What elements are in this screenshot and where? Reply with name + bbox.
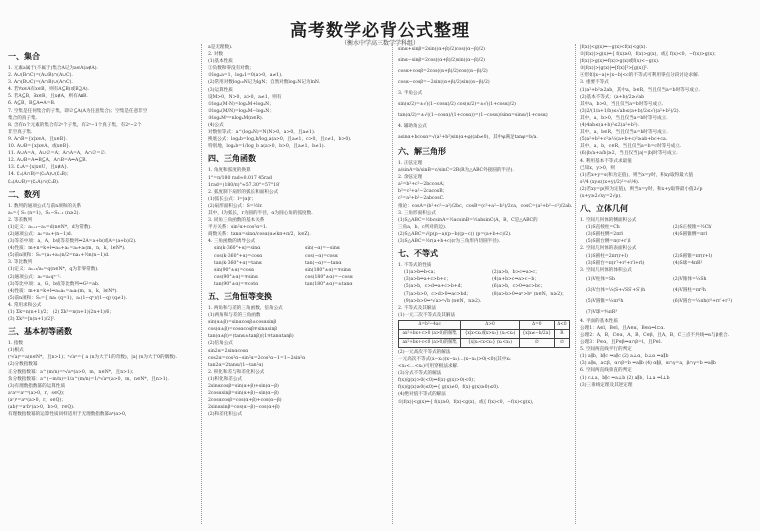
logarithm-lines: (1)基本性质 ①负数和零没有对数； ②logₐa=1，logₐ1=0(a>0，… [208,58,390,150]
formula-cell: tan(−α)=−tanα [299,260,390,267]
formula-line: 3. 半角公式 [398,88,574,99]
formula-line: (1)两角和与差的三角函数 [208,312,390,319]
table-cell: {x|x₁<x<x₂} (x₁<x₂) [461,338,519,347]
formula-line: 3. A∩(B∪C)=(A∩B)∪(A∩C). [8,79,196,86]
formula-line: tan(α/2)=±√((1−cosα)/(1+cosα))=(1−cosα)/… [398,110,574,121]
formula-line: ①|f(x)|<g(x)⇔{ f(x)≥0，f(x)<g(x)，或{ f(x)<… [398,399,574,406]
formula-line: a是无理数). [208,44,390,51]
formula-line: 4. 利用基本不等式求最值 [580,158,754,165]
section-heading-solid-geometry: 八、立体几何 [580,203,754,215]
formula-line: 14. ∁ᵤ(A∩B)=(∁ᵤA)∪(∁ᵤB)； [8,171,196,178]
volume-title: 3. 空间几何体的体积公式 [580,267,754,274]
formula-line: 3. 同角三角函数的基本关系 [208,217,390,224]
formula-line: 2. 余弦定理 [398,174,574,181]
formula-line: 1°=π/180 rad≈0.017 45rad [208,175,390,182]
formula-line: 8. 含有n个元素的集合有2ⁿ个子集，有2ⁿ−1个真子集，有2ⁿ−2个 [8,122,196,129]
formula-line: 设M>0，N>0，a>0，a≠1，则有 [208,94,390,101]
absolute-value-lines: |f(x)|<g(x)⇔−g(x)<f(x)<g(x). ②|f(x)|>g(x… [580,44,754,79]
formula-line: 换底公式：logₐb=log꜀b/log꜀a(a>0，且a≠1，c>0，且c≠1… [208,136,390,143]
formula-line: 2. 积化和差与和差化积公式 [208,369,390,376]
formula-line: 其中，l为弧长，r为圆的半径，α为圆心角的弧度数. [208,210,390,217]
formula-line: sin(α/2)=±√((1−cosα)/2) cos(α/2)=±√((1+c… [398,99,574,110]
formula-line: 特别地，logₐb=1/log_b a(a>0，b>0，且a≠1，b≠1). [208,143,390,150]
formula-line: 1. 不等式的性质 [398,262,574,269]
formula-line: (3) Σk³=[n(n+1)/2]². [8,316,196,323]
formula-cell: (9)a>b>0⇒ⁿ√a>ⁿ√b (n∈N，n≥2). [398,298,486,305]
formula-cell: (6)a>b，c>0⇒ac>bc； [486,283,574,290]
section-heading-sets: 一、集合 [8,51,196,63]
formula-line: ②logₐa=1，logₐ1=0(a>0，a≠1). [208,72,390,79]
formula-line: (3)运算性质 [208,87,390,94]
formula-cell: (1)V柱体=Sh [580,274,667,285]
formula-line: ①负数和零没有对数； [208,65,390,72]
formula-cell: tan(90°±α)=∓cotα [208,281,299,288]
formula-line: ∁ᵤ(A∪B)=(∁ᵤA)∩(∁ᵤB). [8,179,196,186]
lateral-area-grid: (1)S直棱柱=Ch(2)S正棱锥=½Ch′(3)S圆柱侧=2πrl(4)S圆锥… [580,224,754,245]
formula-cell: (3)S圆柱侧=2πrl [580,231,667,238]
formula-line: 12. A∪B=A⇔B⊆A，A∩B=A⇔A⊆B. [8,157,196,164]
column-divider [201,44,202,524]
formula-line: 2cosαsinβ=sin(α+β)−sin(α−β) [208,390,390,397]
formula-line: sinα−sinβ=2cos((α+β)/2)sin((α−β)/2) [398,55,574,66]
formula-line: 其中，a，b∈R，当且仅当a=b时等号成立. [580,129,754,136]
formula-line: ③|f(x)|>|g(x)|⇔[f(x)]²>[g(x)]². [580,65,754,72]
formula-line: ④形如|x−a|+|x−b|<c的不等式可利用零点分段讨论求解. [580,72,754,79]
column-2: a是无理数).2. 对数 (1)基本性质 ①负数和零没有对数； ②logₐa=1… [208,44,390,419]
formula-line: (4)性质：m+n=k+l⇒aₘaₙ=aₖaₗ(m，n，k，l∈N*). [8,288,196,295]
formula-line: (2)S△ABC=√(p(p−a)(p−b)(p−c)) (p=(a+b+c)/… [398,231,574,238]
formula-cell: (4)a+b>c⇒a>c−b； [486,276,574,283]
lateral-area-title: 1. 空间几何体的侧面积公式 [580,217,754,224]
formula-line: (3) a∥α，a⊂β，α∩β=b ⇒a∥b (4) α∥β，α∩γ=a，β∩γ… [580,360,754,367]
formula-line: (1)定义：aₙ₊₁−aₙ=d(n∈N*，d为常数). [8,224,196,231]
table-cell: ax²+bx+c>0 (a>0)的解集 [399,329,461,338]
section-heading-elementary-functions: 三、基本初等函数 [8,326,196,338]
formula-line: 集合的真子集. [8,115,196,122]
formula-line: 1. 两角和与差的三角函数、倍角公式 [208,305,390,312]
surface-area-grid: (1)S圆柱=2πr(r+l)(2)S圆锥=πr(r+l)(3)S圆台=π(r′… [580,253,754,267]
formula-line: 公理2：A，B，C∈α，A，B，C∈β，且A，B，C三点不共线⇒α与β重合. [580,332,754,339]
formula-row: (5)a>b，c>d⇒a+c>b+d；(6)a>b，c>0⇒ac>bc； [398,283,574,290]
formula-line: 1rad=(180/π)°≈57.30°=57°18′ [208,182,390,189]
table-header-cell: Δ<0 [554,320,569,329]
formula-row: (1)a>b⇔b<a；(2)a>b，b>c⇒a>c； [398,269,574,276]
formula-line: (1) c⊥a，b∥c ⇒a⊥b (2) a∥b，l⊥a ⇒l⊥b [580,375,754,382]
formula-line: 2sinαcosβ=sin(α+β)+sin(α−β) [208,383,390,390]
identity-lines: 1. 两角和与差的三角函数、倍角公式 (1)两角和与差的三角函数 sin(α±β… [208,305,390,419]
formula-line: 3. 等比数列 [8,259,196,266]
formula-line: (1)基本性质 [208,58,390,65]
formula-cell [667,307,754,318]
formula-cell: (2)S正棱锥=½Ch′ [667,224,754,231]
formula-line: (ⁿ√a)ⁿ=a(n∈N*，且n>1)；ⁿ√aⁿ={ a (n为大于1的奇数)，… [8,354,196,361]
col2-intro-lines: a是无理数).2. 对数 [208,44,390,58]
formula-line: (2)基本不等式：(a+b)/2≥√ab [580,94,754,101]
formula-line: 商数关系：tanα=sinα/cosα(α≠kπ+π/2，k∈Z). [208,231,390,238]
formula-line: sinα+sinβ=2sin((α+β)/2)cos((α−β)/2) [398,44,574,55]
column-4: |f(x)|<g(x)⇔−g(x)<f(x)<g(x). ②|f(x)|>g(x… [580,44,754,389]
formula-line: 正分数指数幂：a^(m/n)=ⁿ√aᵐ(a>0，m，n∈N*，且n>1)； [8,369,196,376]
formula-row: (5)S圆台侧=π(r+r′)l [580,238,754,245]
formula-line: <x₂<…<xₙ)可用穿根法求解. [398,363,574,370]
formula-row: (1)S圆柱=2πr(r+l)(2)S圆锥=πr(r+l) [580,253,754,260]
formula-row: tan(90°±α)=∓cotαtan(180°±α)=±tanα [208,281,390,288]
formula-line: (1) a∥b，b∥c ⇒a∥c (2) a⊥α，b⊥α ⇒a∥b [580,353,754,360]
formula-row: sin(k·360°+α)=sinαsin(−α)=−sinα [208,245,390,252]
table-row: ax²+bx+c<0 (a>0)的解集 {x|x₁<x<x₂} (x₁<x₂) … [399,338,570,347]
formula-line: cosα+cosβ=2cos((α+β)/2)cos((α−β)/2) [398,66,574,77]
formula-line: (3)有理数指数幂的运算性质 [8,383,196,390]
formula-line: 对数恒等式：a^(logₐN)=N(N>0，a>0，且a≠1). [208,129,390,136]
half-angle-lines: 3. 半角公式 sin(α/2)=±√((1−cosα)/2) cos(α/2)… [398,88,574,143]
formula-cell: (2)a>b，b>c⇒a>c； [486,269,574,276]
formula-line: (4)绝对值不等式的解法 [398,391,574,398]
inequality-properties-grid: (1)a>b⇔b<a；(2)a>b，b>c⇒a>c；(3)a>b⇔a+c>b+c… [398,269,574,304]
formula-cell: (6)V圆台=⅓πh(r²+rr′+r′²) [667,296,754,307]
formula-line: cos2α=cos²α−sin²α=2cos²α−1=1−2sin²α [208,355,390,362]
surface-area-title: 2. 空间几何体的表面积公式 [580,245,754,252]
formula-row: (7)a>b>0，c>d>0⇒ac>bd；(8)a>b>0⇒aⁿ>bⁿ (n∈N… [398,291,574,298]
formula-line: 11. A∪A=A，A∪∅=A；A∩A=A，A∩∅=∅. [8,150,196,157]
formula-line: 2. 等差数列 [8,217,196,224]
inequality-methods-lines: (2)一元高次不等式的解法 一元高次不等式(x−x₁)(x−x₂)…(x−xₙ)… [398,349,574,406]
formula-line: (aʳ)ˢ=aʳˢ(a>0，r，s∈Q)； [8,397,196,404]
formula-line: (2)常用对数log₁₀N记为lgN；自然对数logₑN记为lnN. [208,79,390,86]
plane-and-line-lines: 4. 平面的基本性质 公理1：A∈l，B∈l，且A∈α，B∈α⇒l⊂α. 公理2… [580,318,754,389]
formula-row: (3)V台体=⅓(S+√SS′+S′)h(4)V圆柱=πr²h [580,285,754,296]
formula-line: (1)弧长公式：l=|α|r； [208,196,390,203]
formula-cell: (1)a>b⇔b<a； [398,269,486,276]
formula-cell: sin(90°±α)=cosα [208,267,299,274]
formula-cell: cos(90°±α)=∓sinα [208,274,299,281]
formula-row: (1)V柱体=Sh(2)V锥体=⅓Sh [580,274,754,285]
formula-line: ①logₐ(M·N)=logₐM+logₐN； [208,101,390,108]
formula-line: 平方关系：sin²α+cos²α=1. [208,224,390,231]
formula-line: 7. 空集是任何集合的子集，即∅⊆A(A为任意集合)；空集是任意非空 [8,108,196,115]
formula-row: cos(90°±α)=∓sinαcos(180°±α)=−cosα [208,274,390,281]
formula-line: (1)若x+y=s(和为定值)，则当x=y时，积xy取得最大值 [580,172,754,179]
formula-row: tan(k·360°+α)=tanαtan(−α)=−tanα [208,260,390,267]
formula-line: sin2α=2sinαcosα [208,348,390,355]
formula-line: (3)三垂线定理及其逆定理 [580,382,754,389]
formula-line: 有理数指数幂的运算性质同样适用于无理数指数幂aᵃ(a>0， [8,411,196,418]
formula-line: (5)a²+b²+c²≥⅓(a+b+c)²≥ab+bc+ca. [580,136,754,143]
formula-line: 5. 若A⊆B，∃x∈B，且x∉A，则有A⫋B. [8,93,196,100]
triangle-lines: 1. 正弦定理 a/sinA=b/sinB=c/sinC=2R(R为△ABC外接… [398,160,574,245]
formula-cell: (1)S直棱柱=Ch [580,224,667,231]
formula-line: cos(α±β)=cosαcosβ∓sinαsinβ [208,326,390,333]
formula-line: tan2α=2tanα/(1−tan²α) [208,362,390,369]
formula-line: (3)等比中项：a，G，b成等比数列⇒G²=ab. [8,281,196,288]
formula-line: (2)若xy=p(积为定值)，则当x=y时，和x+y取得最小值2√p [580,186,754,193]
column-1: 一、集合 1. 元素a属于(不属于)集合A记为a∈A(a∉A).2. A∪(B∩… [8,48,196,418]
table-header-cell: Δ=b²−4ac [399,320,461,329]
important-inequality-lines: 3. 重要不等式 (1)a²+b²≥2ab，其中a，b∈R，当且仅当a=b时等号… [580,79,754,200]
formula-line: 1. 元素a属于(不属于)集合A记为a∈A(a∉A). [8,65,196,72]
formula-cell: (7)V球=⁴⁄₃πR³ [580,307,667,318]
formula-line: a²=b²+c²−2bccosA； [398,181,574,188]
formula-line: 非空真子集. [8,129,196,136]
formula-line: ③logₐMⁿ=nlogₐM(n∈R). [208,115,390,122]
formula-cell: (4)S圆锥侧=πrl [667,231,754,238]
table-header-cell: Δ>0 [461,320,519,329]
formula-line: (4)4ab≤(a+b)²≤2(a²+b²). [580,122,754,129]
section-heading-triangles: 六、解三角形 [398,146,574,158]
formula-row: (3)a>b⇔a+c>b+c；(4)a+b>c⇒a>c−b； [398,276,574,283]
formula-line: 4. 辅助角公式 [398,121,574,132]
formula-line: 3. 重要不等式 [580,79,754,86]
formula-line: sin(α±β)=sinαcosβ±cosαsinβ [208,319,390,326]
formula-line: ②|f(x)|>g(x)⇔{ f(x)≥0，f(x)>g(x)，或{ f(x)<… [580,51,754,58]
formula-line: cosα−cosβ=−2sin((α+β)/2)sin((α−β)/2) [398,77,574,88]
formula-line: (1)定义：aₙ₊₁/aₙ=q(n∈N*，q为非零常数). [8,266,196,273]
formula-line: (4)公式 [208,122,390,129]
formula-cell: (7)a>b>0，c>d>0⇒ac>bd； [398,291,486,298]
formula-cell: (2)S圆锥=πr(r+l) [667,253,754,260]
formula-line: (2)扇形面积公式：S=½lr. [208,203,390,210]
formula-line: 9. A∩B={x|x∈A，且x∈B}. [8,136,196,143]
formula-line: (3)2/(1/a+1/b)≤√ab≤(a+b)/2≤√((a²+b²)/2). [580,108,754,115]
formula-line: 6. A⊆B，B⊆A⇔A=B. [8,100,196,107]
formula-line: asinα+bcosα=√(a²+b²)sin(α+φ)(ab≠0)，其中φ满足… [398,132,574,143]
trig-lines: 1. 角度和弧度的换算 1°=π/180 rad≈0.017 45rad 1ra… [208,167,390,245]
formula-line: 公理3：P∈α，且P∈β⇒α∩β=l，且P∈l. [580,339,754,346]
formula-cell: sin(k·360°+α)=sinα [208,245,299,252]
table-header-cell: Δ=0 [519,320,554,329]
table-cell: ∅ [554,338,569,347]
formula-cell: (2)V锥体=⅓Sh [667,274,754,285]
formula-line: 10. A∪B={x|x∈A，或x∈B}. [8,143,196,150]
formula-line: 4. 平面的基本性质 [580,318,754,325]
formula-line: 4. 若∀x∈A有x∈B，则有A⊆B(或B⊇A). [8,86,196,93]
formula-cell: (3)V台体=⅓(S+√SS′+S′)h [580,285,667,296]
formula-line: 4. 常用求和公式 [8,302,196,309]
formula-cell: (3)S圆台=π(r′²+r²+r′l+rl) [580,260,667,267]
formula-cell: (3)a>b⇔a+c>b+c； [398,276,486,283]
column-3: sinα+sinβ=2sin((α+β)/2)cos((α−β)/2)sinα−… [398,44,574,406]
inequality-solving-lines: 2. 不等式及其解法 (1)一元二次不等式及其解法 [398,305,574,319]
functions-lines: 1. 指数 (1)根式 (ⁿ√a)ⁿ=a(n∈N*，且n>1)；ⁿ√aⁿ={ a… [8,340,196,418]
section-heading-inequalities: 七、不等式 [398,248,574,260]
formula-line: (2)倍角公式 [208,340,390,347]
formula-line: 其中，a，b，c∈R，当且仅当a=b=c时等号成立. [580,143,754,150]
formula-line: (5)前n项和：Sₙ={ na₁ (q=1)，a₁(1−qⁿ)/(1−q) (q… [8,295,196,302]
formula-row: (3)S圆柱侧=2πrl(4)S圆锥侧=πrl [580,231,754,238]
formula-cell: (5)a>b，c>d⇒a+c>b+d； [398,283,486,290]
formula-line: (2)一元高次不等式的解法 [398,349,574,356]
formula-cell: cos(180°±α)=−cosα [299,274,390,281]
formula-line: tan(α±β)=(tanα±tanβ)/(1∓tanαtanβ) [208,333,390,340]
formula-line: 2. 对数 [208,51,390,58]
table-cell: {x|x<x₁或x>x₂} (x₁<x₂) [461,329,519,338]
formula-line: (1)一元二次不等式及其解法 [398,312,574,319]
formula-cell: cos(−α)=cosα [299,253,390,260]
formula-line: (3)等差中项：a，A，b成等差数列⇔2A=a+b(或A=(a+b)/2). [8,238,196,245]
formula-line: 6. 空间两直线垂直的判定 [580,367,754,374]
column-divider [392,44,393,524]
formula-line: (3)S△ABC=½r(a+b+c)(r为三角形内切圆半径). [398,238,574,245]
formula-row: (9)a>b>0⇒ⁿ√a>ⁿ√b (n∈N，n≥2). [398,298,574,305]
formula-line: (3)分式不等式的解法 [398,370,574,377]
formula-line: (1)根式 [8,347,196,354]
formula-line: 3. 三角形面积公式 [398,210,574,217]
formula-line: 其中a，b>0，当且仅当a=b时等号成立. [580,101,754,108]
formula-line: (ab)ʳ=aʳbʳ(a>0，b>0，r∈Q). [8,404,196,411]
formula-line: f(x)/g(x)>0(<0)⇔f(x)·g(x)>0(<0)； [398,377,574,384]
formula-line: 1. 数列的通项公式与前n项和的关系 [8,203,196,210]
formula-cell: (5)S圆台侧=π(r+r′)l [580,238,667,245]
table-row: ax²+bx+c>0 (a>0)的解集 {x|x<x₁或x>x₂} (x₁<x₂… [399,329,570,338]
formula-line: 2. A∪(B∩C)=(A∪B)∩(A∪C). [8,72,196,79]
table-header-row: Δ=b²−4ac Δ>0 Δ=0 Δ<0 [399,320,570,329]
table-cell: ∅ [519,338,554,347]
formula-sheet-page: 高考数学必背公式整理 （衡水中学高三数学学科组） 一、集合 1. 元素a属于(不… [0,0,760,531]
table-cell: {x|x≠−b/2a} [519,329,554,338]
formula-line: 三角a，b，c所对的边). [398,224,574,231]
formula-line: (1)a²+b²≥2ab，其中a，b∈R，当且仅当a=b时等号成立. [580,87,754,94]
sequences-lines: 1. 数列的通项公式与前n项和的关系 aₙ={ S₁ (n=1)，Sₙ−Sₙ₋₁… [8,203,196,324]
formula-line: 公理1：A∈l，B∈l，且A∈α，B∈α⇒l⊂α. [580,325,754,332]
table-cell: R [554,329,569,338]
formula-line: 3. 空间几何体的体积公式 [580,267,754,274]
formula-cell: (8)a>b>0⇒aⁿ>bⁿ (n∈N，n≥2)； [486,291,574,298]
formula-line: (1)S△ABC=½bcsinA=½acsinB=½absinC(A，B，C是△… [398,217,574,224]
formula-line: (2)分数指数幂 [8,361,196,368]
formula-line: 4. 三角函数的诱导公式 [208,238,390,245]
formula-line: 2sinαsinβ=cos(α−β)−cos(α+β) [208,404,390,411]
formula-cell: (4)S球=4πR² [667,260,754,267]
formula-line: (2)通项公式：aₙ=a₁qⁿ⁻¹. [8,274,196,281]
formula-row: (1)S直棱柱=Ch(2)S正棱锥=½Ch′ [580,224,754,231]
formula-line: (5)前n项和：Sₙ=(a₁+aₙ)n/2=na₁+½n(n−1)d. [8,252,196,259]
formula-line: ②logₐ(M/N)=logₐM−logₐN； [208,108,390,115]
formula-line: 2. 不等式及其解法 [398,305,574,312]
formula-line: (2)和差化积公式 [208,411,390,418]
formula-cell: (4)V圆柱=πr²h [667,285,754,296]
formula-line: (2)通项公式：aₙ=a₁+(n−1)d. [8,231,196,238]
formula-cell: sin(180°±α)=∓sinα [299,267,390,274]
formula-line: 1. 指数 [8,340,196,347]
formula-line: 5. 空间两直线平行的判定 [580,346,754,353]
formula-row: (3)S圆台=π(r′²+r²+r′l+rl)(4)S球=4πR² [580,260,754,267]
formula-row: (7)V球=⁴⁄₃πR³ [580,307,754,318]
formula-line: s²/4 (xy≤((x+y)/2)²=s²/4). [580,179,754,186]
formula-cell: sin(−α)=−sinα [299,245,390,252]
formula-cell: (1)S圆柱=2πr(r+l) [580,253,667,260]
formula-cell: tan(k·360°+α)=tanα [208,260,299,267]
formula-line: aʳaˢ=aʳ⁺ˢ(a>0，r，s∈Q)； [8,390,196,397]
section-heading-trig-identities: 五、三角恒等变换 [208,291,390,303]
formula-row: sin(90°±α)=cosαsin(180°±α)=∓sinα [208,267,390,274]
formula-line: 推论：cosA=(b²+c²−a²)/2bc，cosB=(c²+a²−b²)/2… [398,203,574,210]
formula-cell: tan(180°±α)=±tanα [299,281,390,288]
volume-grid: (1)V柱体=Sh(2)V锥体=⅓Sh(3)V台体=⅓(S+√SS′+S′)h(… [580,274,754,318]
table-cell: ax²+bx+c<0 (a>0)的解集 [399,338,461,347]
sets-lines: 1. 元素a属于(不属于)集合A记为a∈A(a∉A).2. A∪(B∩C)=(A… [8,65,196,186]
formula-line: 1. 正弦定理 [398,160,574,167]
formula-line: c²=a²+b²−2abcosC. [398,195,574,202]
inequality-intro: 1. 不等式的性质 [398,262,574,269]
sum-to-product-lines: sinα+sinβ=2sin((α+β)/2)cos((α−β)/2)sinα−… [398,44,574,88]
induction-formula-grid: sin(k·360°+α)=sinαsin(−α)=−sinαcos(k·360… [208,245,390,288]
formula-line: (4)性质：m+n=k+l⇒aₘ+aₙ=aₖ+aₗ(m，n，k，l∈N*). [8,245,196,252]
column-divider [575,44,576,524]
formula-cell: (5)V圆锥=⅓πr²h [580,296,667,307]
formula-line: (1) Σk=n(n+1)/2； (2) Σk²=n(n+1)(2n+1)/6； [8,309,196,316]
section-heading-trig-functions: 四、三角函数 [208,153,390,165]
formula-line: (1)积化和差公式 [208,376,390,383]
formula-line: |f(x)|>g(x)⇔f(x)>g(x)或f(x)<−g(x). [580,58,754,65]
formula-line: |f(x)|<g(x)⇔−g(x)<f(x)<g(x). [580,44,754,51]
formula-line: (6)|b/a+a/b|≥2，当且仅当|a|=|b|时等号成立. [580,150,754,157]
formula-row: cos(k·360°+α)=cosαcos(−α)=cosα [208,253,390,260]
quadratic-inequality-table: Δ=b²−4ac Δ>0 Δ=0 Δ<0 ax²+bx+c>0 (a>0)的解集… [398,320,570,348]
formula-line: 1. 角度和弧度的换算 [208,167,390,174]
formula-row: (5)V圆锥=⅓πr²h(6)V圆台=⅓πh(r²+rr′+r′²) [580,296,754,307]
formula-line: 13. ∁ᵤA={x|x∈U，且x∉A}. [8,164,196,171]
formula-line: 2. 弧度制下扇形的弧长和面积公式 [208,189,390,196]
formula-line: 1. 空间几何体的侧面积公式 [580,217,754,224]
formula-line: 一元高次不等式(x−x₁)(x−x₂)…(x−xₙ)>0(<0)(其中x₁ [398,356,574,363]
formula-line: 2cosαcosβ=cos(α+β)+cos(α−β) [208,397,390,404]
formula-cell [486,298,574,305]
formula-line: 2. 空间几何体的表面积公式 [580,245,754,252]
formula-line: f(x)/g(x)≥0(≤0)⇔{ g(x)≠0，f(x)·g(x)≥0(≤0)… [398,384,574,391]
formula-line: (x+y≥2√xy=2√p). [580,193,754,200]
formula-line: a/sinA=b/sinB=c/sinC=2R(R为△ABC外接圆的半径). [398,167,574,174]
formula-line: 已知x，y>0，则 [580,165,754,172]
formula-line: 其中，a，b>0，当且仅当a=b时等号成立. [580,115,754,122]
formula-cell [667,238,754,245]
section-heading-sequences: 二、数列 [8,189,196,201]
formula-cell: cos(k·360°+α)=cosα [208,253,299,260]
formula-line: b²=c²+a²−2cacosB； [398,188,574,195]
formula-line: 负分数指数幂：a^(−m/n)=1/a^(m/n)=1/ⁿ√aᵐ(a>0，m，n… [8,376,196,383]
formula-line: aₙ={ S₁ (n=1)，Sₙ−Sₙ₋₁ (n≥2). [8,210,196,217]
